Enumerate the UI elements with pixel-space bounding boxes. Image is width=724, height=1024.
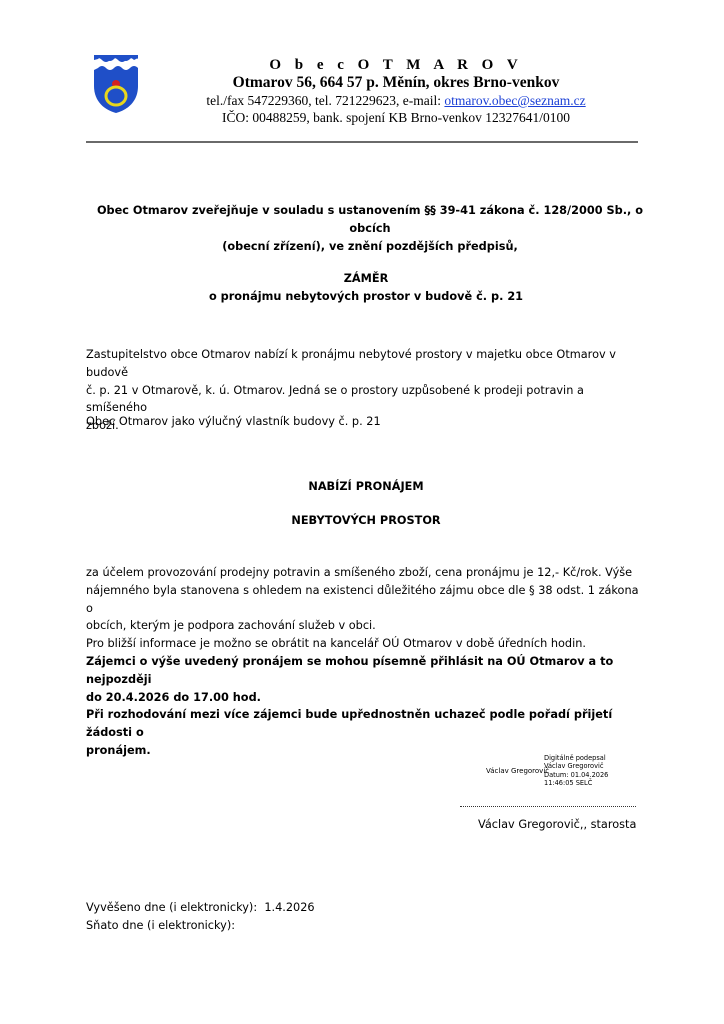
text-line: č. p. 21 v Otmarově, k. ú. Otmarov. Jedn… [86, 382, 646, 418]
paragraph-owner: Obec Otmarov jako výlučný vlastník budov… [86, 413, 646, 431]
offer-heading-1: NABÍZÍ PRONÁJEM [86, 478, 646, 496]
posted-line: Vyvěšeno dne (i elektronicky): 1.4.2026 [86, 899, 315, 917]
signature-time: 11:46:05 SELČ [544, 779, 608, 787]
email-link[interactable]: otmarov.obec@seznam.cz [444, 93, 585, 108]
offer-heading-2: NEBYTOVÝCH PROSTOR [86, 512, 646, 530]
text-line: Pro bližší informace je možno se obrátit… [86, 635, 646, 653]
text-line: Zastupitelstvo obce Otmarov nabízí k pro… [86, 346, 646, 382]
deadline-date: do 20.4.2026 do 17.00 hod. [86, 689, 646, 707]
letterhead-divider [86, 141, 638, 143]
signature-line [460, 806, 636, 807]
signature-detail-line: Václav Gregorovič [544, 762, 608, 770]
letterhead: O b e c O T M A R O V Otmarov 56, 664 57… [86, 48, 638, 144]
digital-signature-name: Václav Gregorovič [486, 767, 549, 775]
municipal-coat-of-arms-icon [93, 54, 139, 114]
zamer-heading: ZÁMĚR [86, 270, 646, 288]
text-line: za účelem provozování prodejny potravin … [86, 564, 646, 582]
text-line: obcích, kterým je podpora zachování služ… [86, 617, 646, 635]
contact-line: tel./fax 547229360, tel. 721229623, e-ma… [176, 92, 616, 109]
document-page: O b e c O T M A R O V Otmarov 56, 664 57… [0, 0, 724, 1024]
intro-line-2: (obecní zřízení), ve znění pozdějších př… [90, 238, 650, 256]
posting-info: Vyvěšeno dne (i elektronicky): 1.4.2026 … [86, 899, 315, 935]
text-line: nájemného byla stanovena s ohledem na ex… [86, 582, 646, 618]
intro-statement: Obec Otmarov zveřejňuje v souladu s usta… [90, 202, 650, 255]
ico-bank-line: IČO: 00488259, bank. spojení KB Brno-ven… [176, 109, 616, 126]
signature-detail-line: Digitálně podepsal [544, 754, 608, 762]
digital-signature-details: Digitálně podepsal Václav Gregorovič Dat… [544, 754, 608, 788]
signatory-role: Václav Gregorovič,, starosta [478, 818, 636, 831]
posted-date: 1.4.2026 [264, 901, 314, 914]
municipality-address: Otmarov 56, 664 57 p. Měnín, okres Brno-… [176, 74, 616, 92]
posted-label: Vyvěšeno dne (i elektronicky): [86, 901, 257, 914]
removed-line: Sňato dne (i elektronicky): [86, 917, 315, 935]
contact-phones: tel./fax 547229360, tel. 721229623, e-ma… [206, 93, 444, 108]
selection-rule-line: Při rozhodování mezi více zájemci bude u… [86, 706, 646, 742]
letterhead-text: O b e c O T M A R O V Otmarov 56, 664 57… [146, 56, 616, 126]
signature-date: Datum: 01.04.2026 [544, 771, 608, 779]
zamer-heading-block: ZÁMĚR o pronájmu nebytových prostor v bu… [86, 270, 646, 306]
municipality-title: O b e c O T M A R O V [176, 56, 616, 74]
intro-line-1: Obec Otmarov zveřejňuje v souladu s usta… [90, 202, 650, 238]
deadline-line: Zájemci o výše uvedený pronájem se mohou… [86, 653, 646, 689]
paragraph-conditions: za účelem provozování prodejny potravin … [86, 564, 646, 760]
zamer-subheading: o pronájmu nebytových prostor v budově č… [86, 288, 646, 306]
